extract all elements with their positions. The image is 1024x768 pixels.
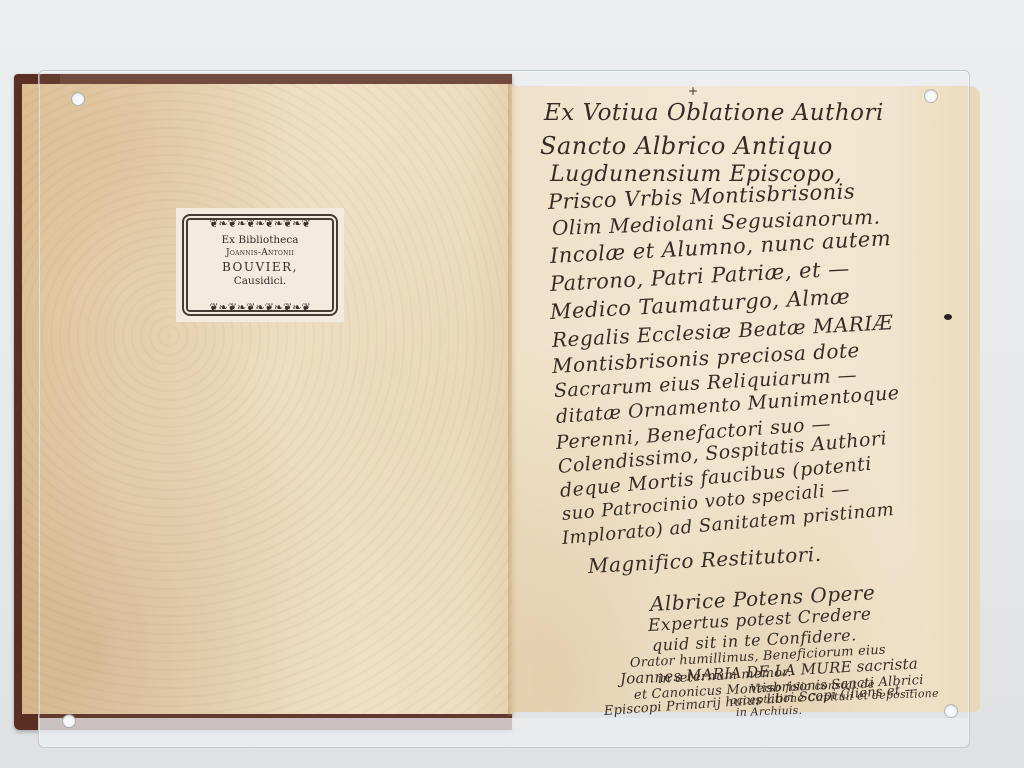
mounting-hole <box>925 90 937 102</box>
photo-stage: ❦❧❦❧❦❧❦❧❦❧❦ ❦❧❦❧❦❧❦❧❦❧❦ Ex Bibliotheca J… <box>0 0 1024 768</box>
mounting-hole <box>63 715 75 727</box>
acrylic-display-plate <box>38 70 970 748</box>
mounting-hole <box>72 93 84 105</box>
mounting-hole <box>945 705 957 717</box>
